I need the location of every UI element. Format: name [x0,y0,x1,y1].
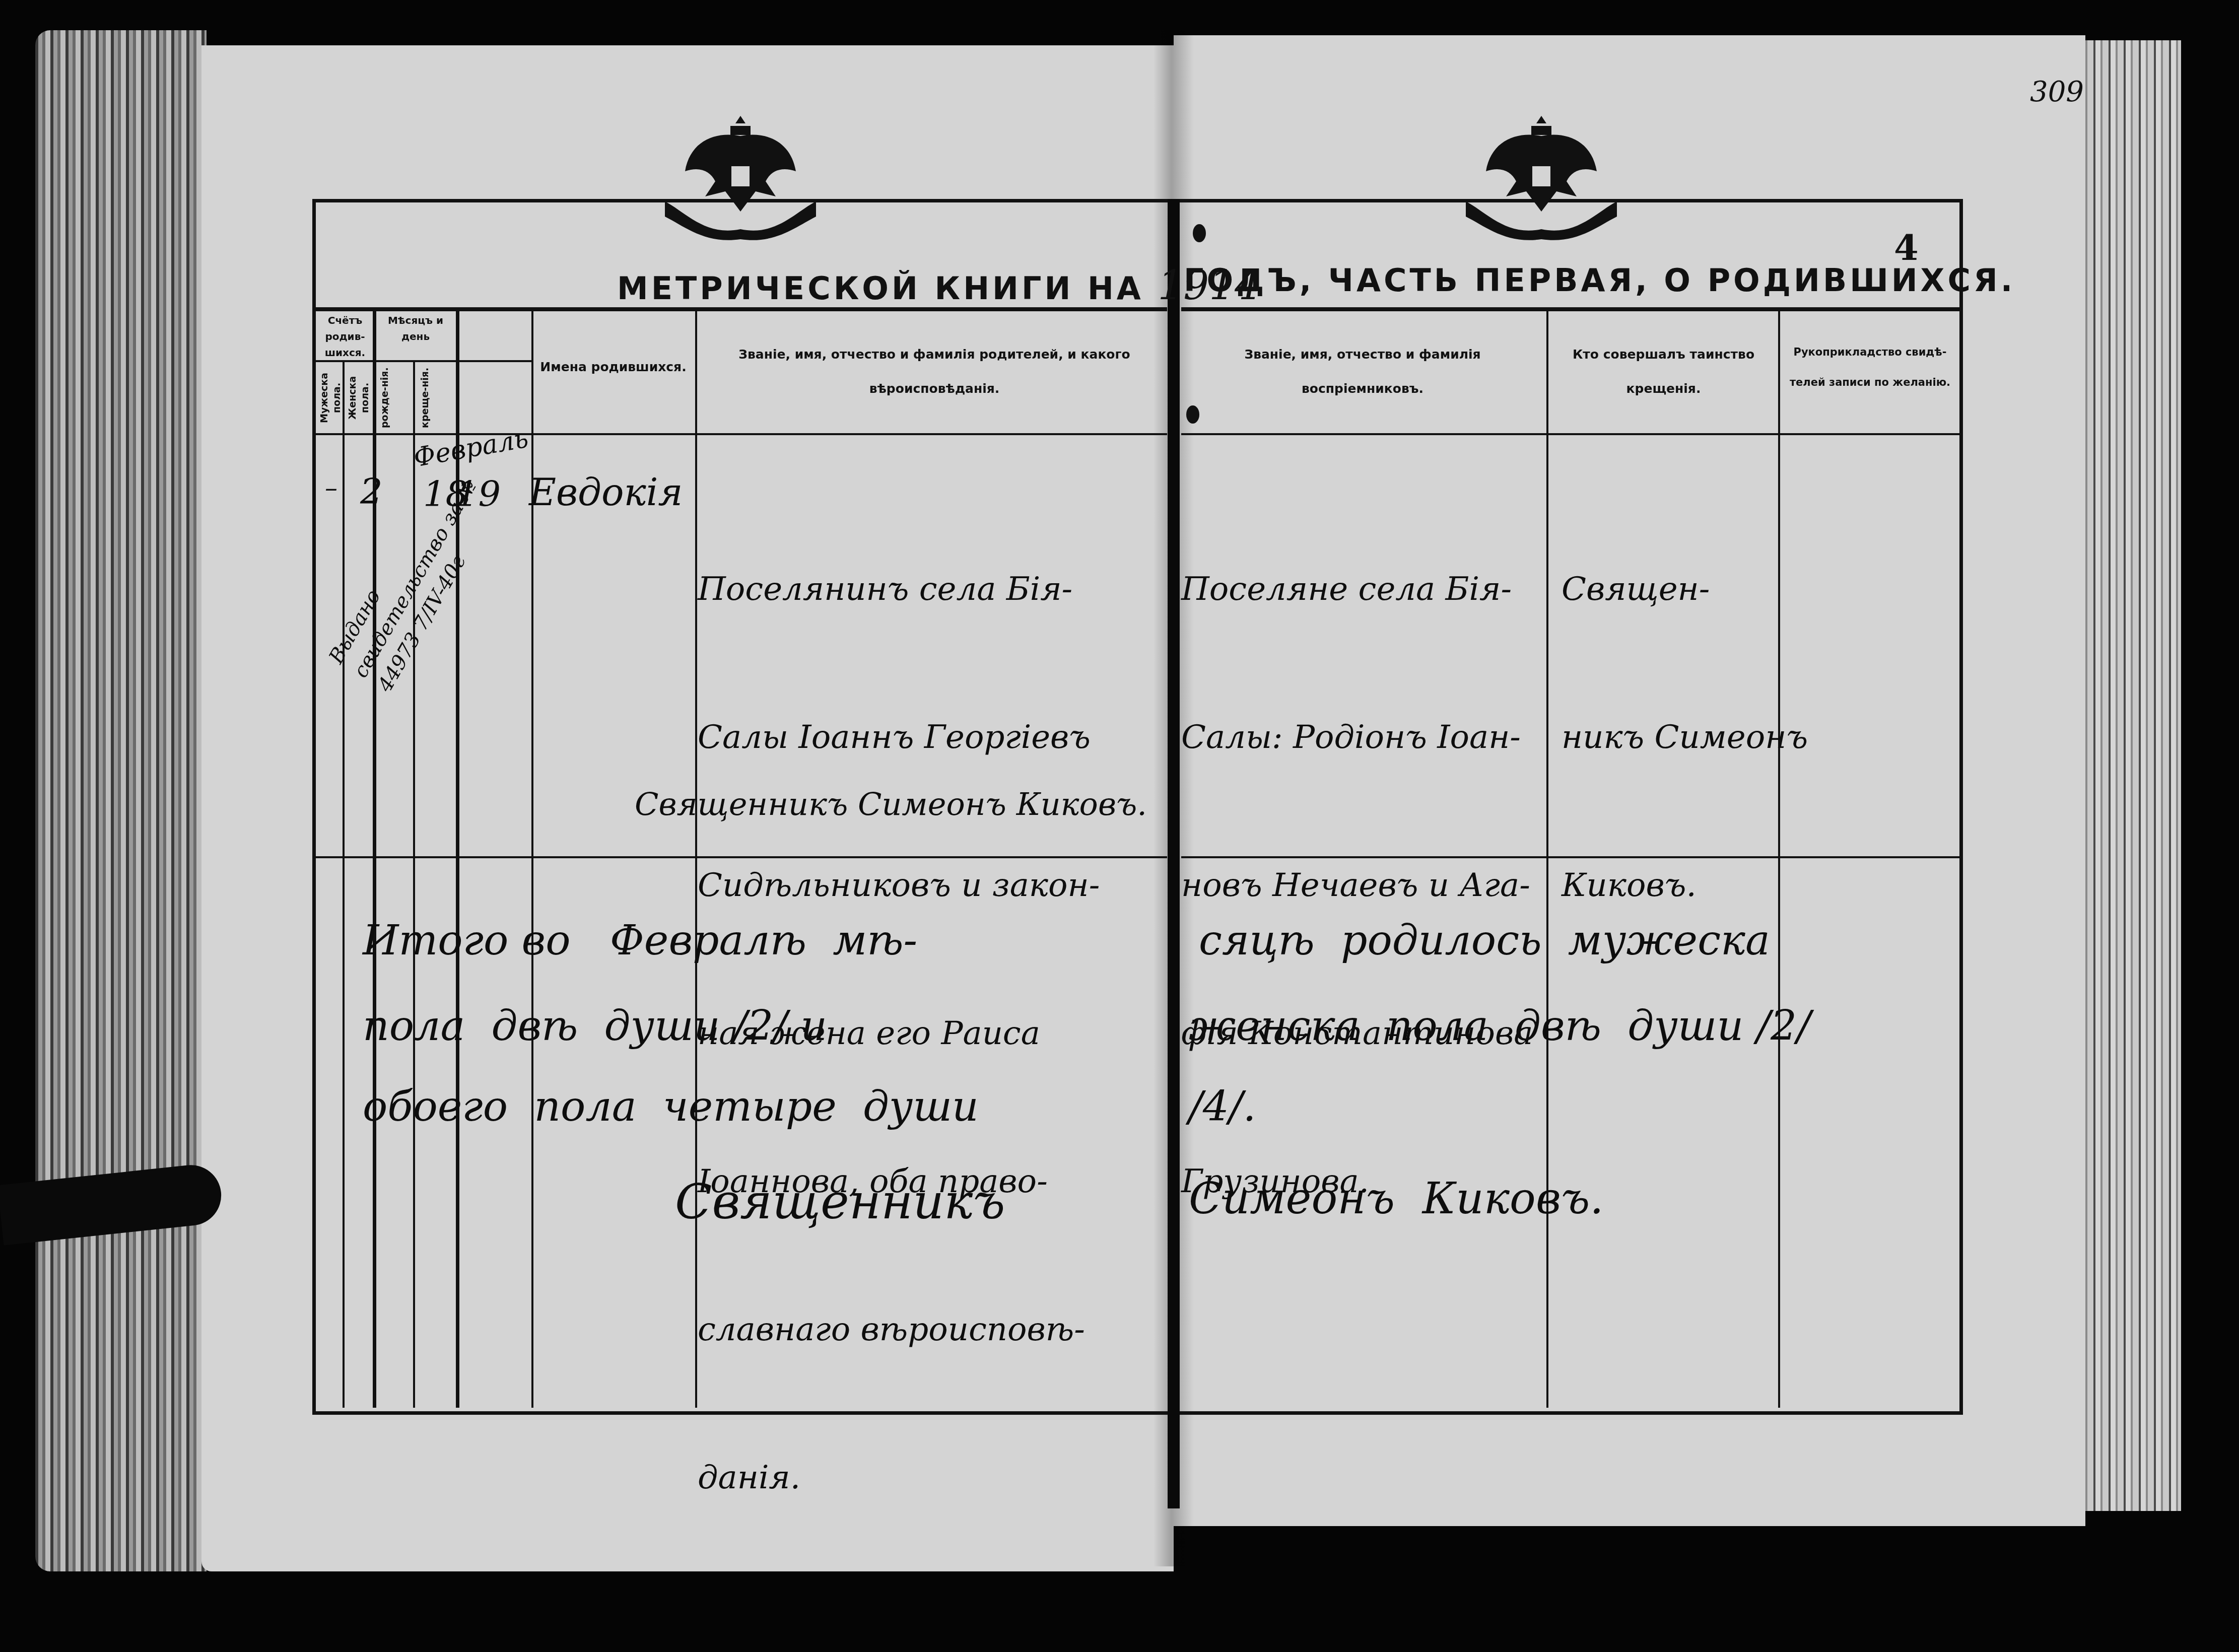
binding-hole [1193,224,1206,242]
header-bottom-rule [316,433,1167,435]
parents-line: Сидѣльниковъ и закон- [698,861,1100,910]
header-names: Имена родившихся. [534,355,693,379]
summary-signature-title: Священникъ [675,1174,1005,1230]
header-officiant-line1: Кто совершалъ таинство [1551,342,1776,367]
child-name-cell: Евдокія [529,471,683,514]
book-page-edges-left [35,30,207,1571]
summary-signature-name: Симеонъ Киковъ. [1189,1174,1604,1224]
header-witnesses: Рукоприкладство свидѣ- телей записи по ж… [1783,342,1957,393]
title-text: МЕТРИЧЕСКОЙ КНИГИ НА [617,270,1144,307]
parents-line: Поселянинъ села Бія- [698,565,1100,614]
parents-line: Салы Іоаннъ Георгіевъ [698,713,1100,762]
header-godparents-line1: Званіе, имя, отчество и фамилія [1181,342,1544,367]
godparents-line: новъ Нечаевъ и Ага- [1181,861,1533,910]
summary-line2-right: женска пола двѣ души /2/ [1189,1002,1811,1050]
header-parents-line1: Званіе, имя, отчество и фамилія родителе… [700,342,1169,367]
column-divider [1546,310,1548,1408]
parents-line: славнаго вѣроисповѣ- [698,1305,1100,1354]
summary-line3-right: /4/. [1189,1083,1256,1131]
column-divider [695,310,697,1408]
header-witnesses-line1: Рукоприкладство свидѣ- [1783,342,1957,363]
priest-signature-entry: Священникъ Симеонъ Киковъ. [635,786,1147,822]
register-title-left: МЕТРИЧЕСКОЙ КНИГИ НА 1914 [617,262,1260,312]
book-gutter [1168,199,1180,1508]
binding-hole [1186,405,1199,424]
header-date-group: Мѣсяцъ и день [375,312,456,345]
header-bottom-rule [1181,433,1959,435]
column-divider [343,360,345,1408]
male-count-cell: – [325,473,337,503]
officiant-line: Киковъ. [1562,861,1808,910]
folio-number: 309 [2030,76,2084,108]
header-count-group: Счётъ родив-шихся. [317,312,373,361]
summary-line1-right: сяцѣ родилось мужеска [1199,917,1770,965]
officiant-line: никъ Симеонъ [1562,713,1808,762]
book-page-edges-right [2080,40,2181,1511]
header-baptism-day: креще-нія. [419,365,449,431]
header-godparents: Званіе, имя, отчество и фамилія воспріем… [1181,342,1544,400]
header-female-count: Женска пола. [347,365,370,431]
female-count-cell: 2 [360,471,383,512]
summary-line2-left: пола двѣ души /2/ и [363,1002,827,1050]
header-witnesses-line2: телей записи по желанію. [1783,373,1957,393]
header-parents-line2: вѣроисповѣданія. [700,377,1169,401]
header-officiant: Кто совершалъ таинство крещенія. [1551,342,1776,400]
header-birth-day: рожде-нія. [379,365,409,431]
header-top-rule [316,307,1167,311]
header-parents: Званіе, имя, отчество и фамилія родителе… [700,342,1169,400]
header-officiant-line2: крещенія. [1551,377,1776,401]
officiant-line: Священ- [1562,565,1808,614]
godparents-line: Поселяне села Бія- [1181,565,1533,614]
register-title-right: ГОДЪ, ЧАСТЬ ПЕРВАЯ, О РОДИВШИХСЯ. [1184,262,2015,312]
parents-line: данія. [698,1453,1100,1502]
header-godparents-line2: воспріемниковъ. [1181,377,1544,401]
summary-line3-left: обоего пола четыре души [363,1083,979,1131]
godparents-line: Салы: Родіонъ Іоан- [1181,713,1533,762]
summary-line1-left: Итого во Февралѣ мѣ- [363,917,917,965]
header-male-count: Мужеска пола. [318,365,342,431]
header-top-rule [1181,307,1959,311]
